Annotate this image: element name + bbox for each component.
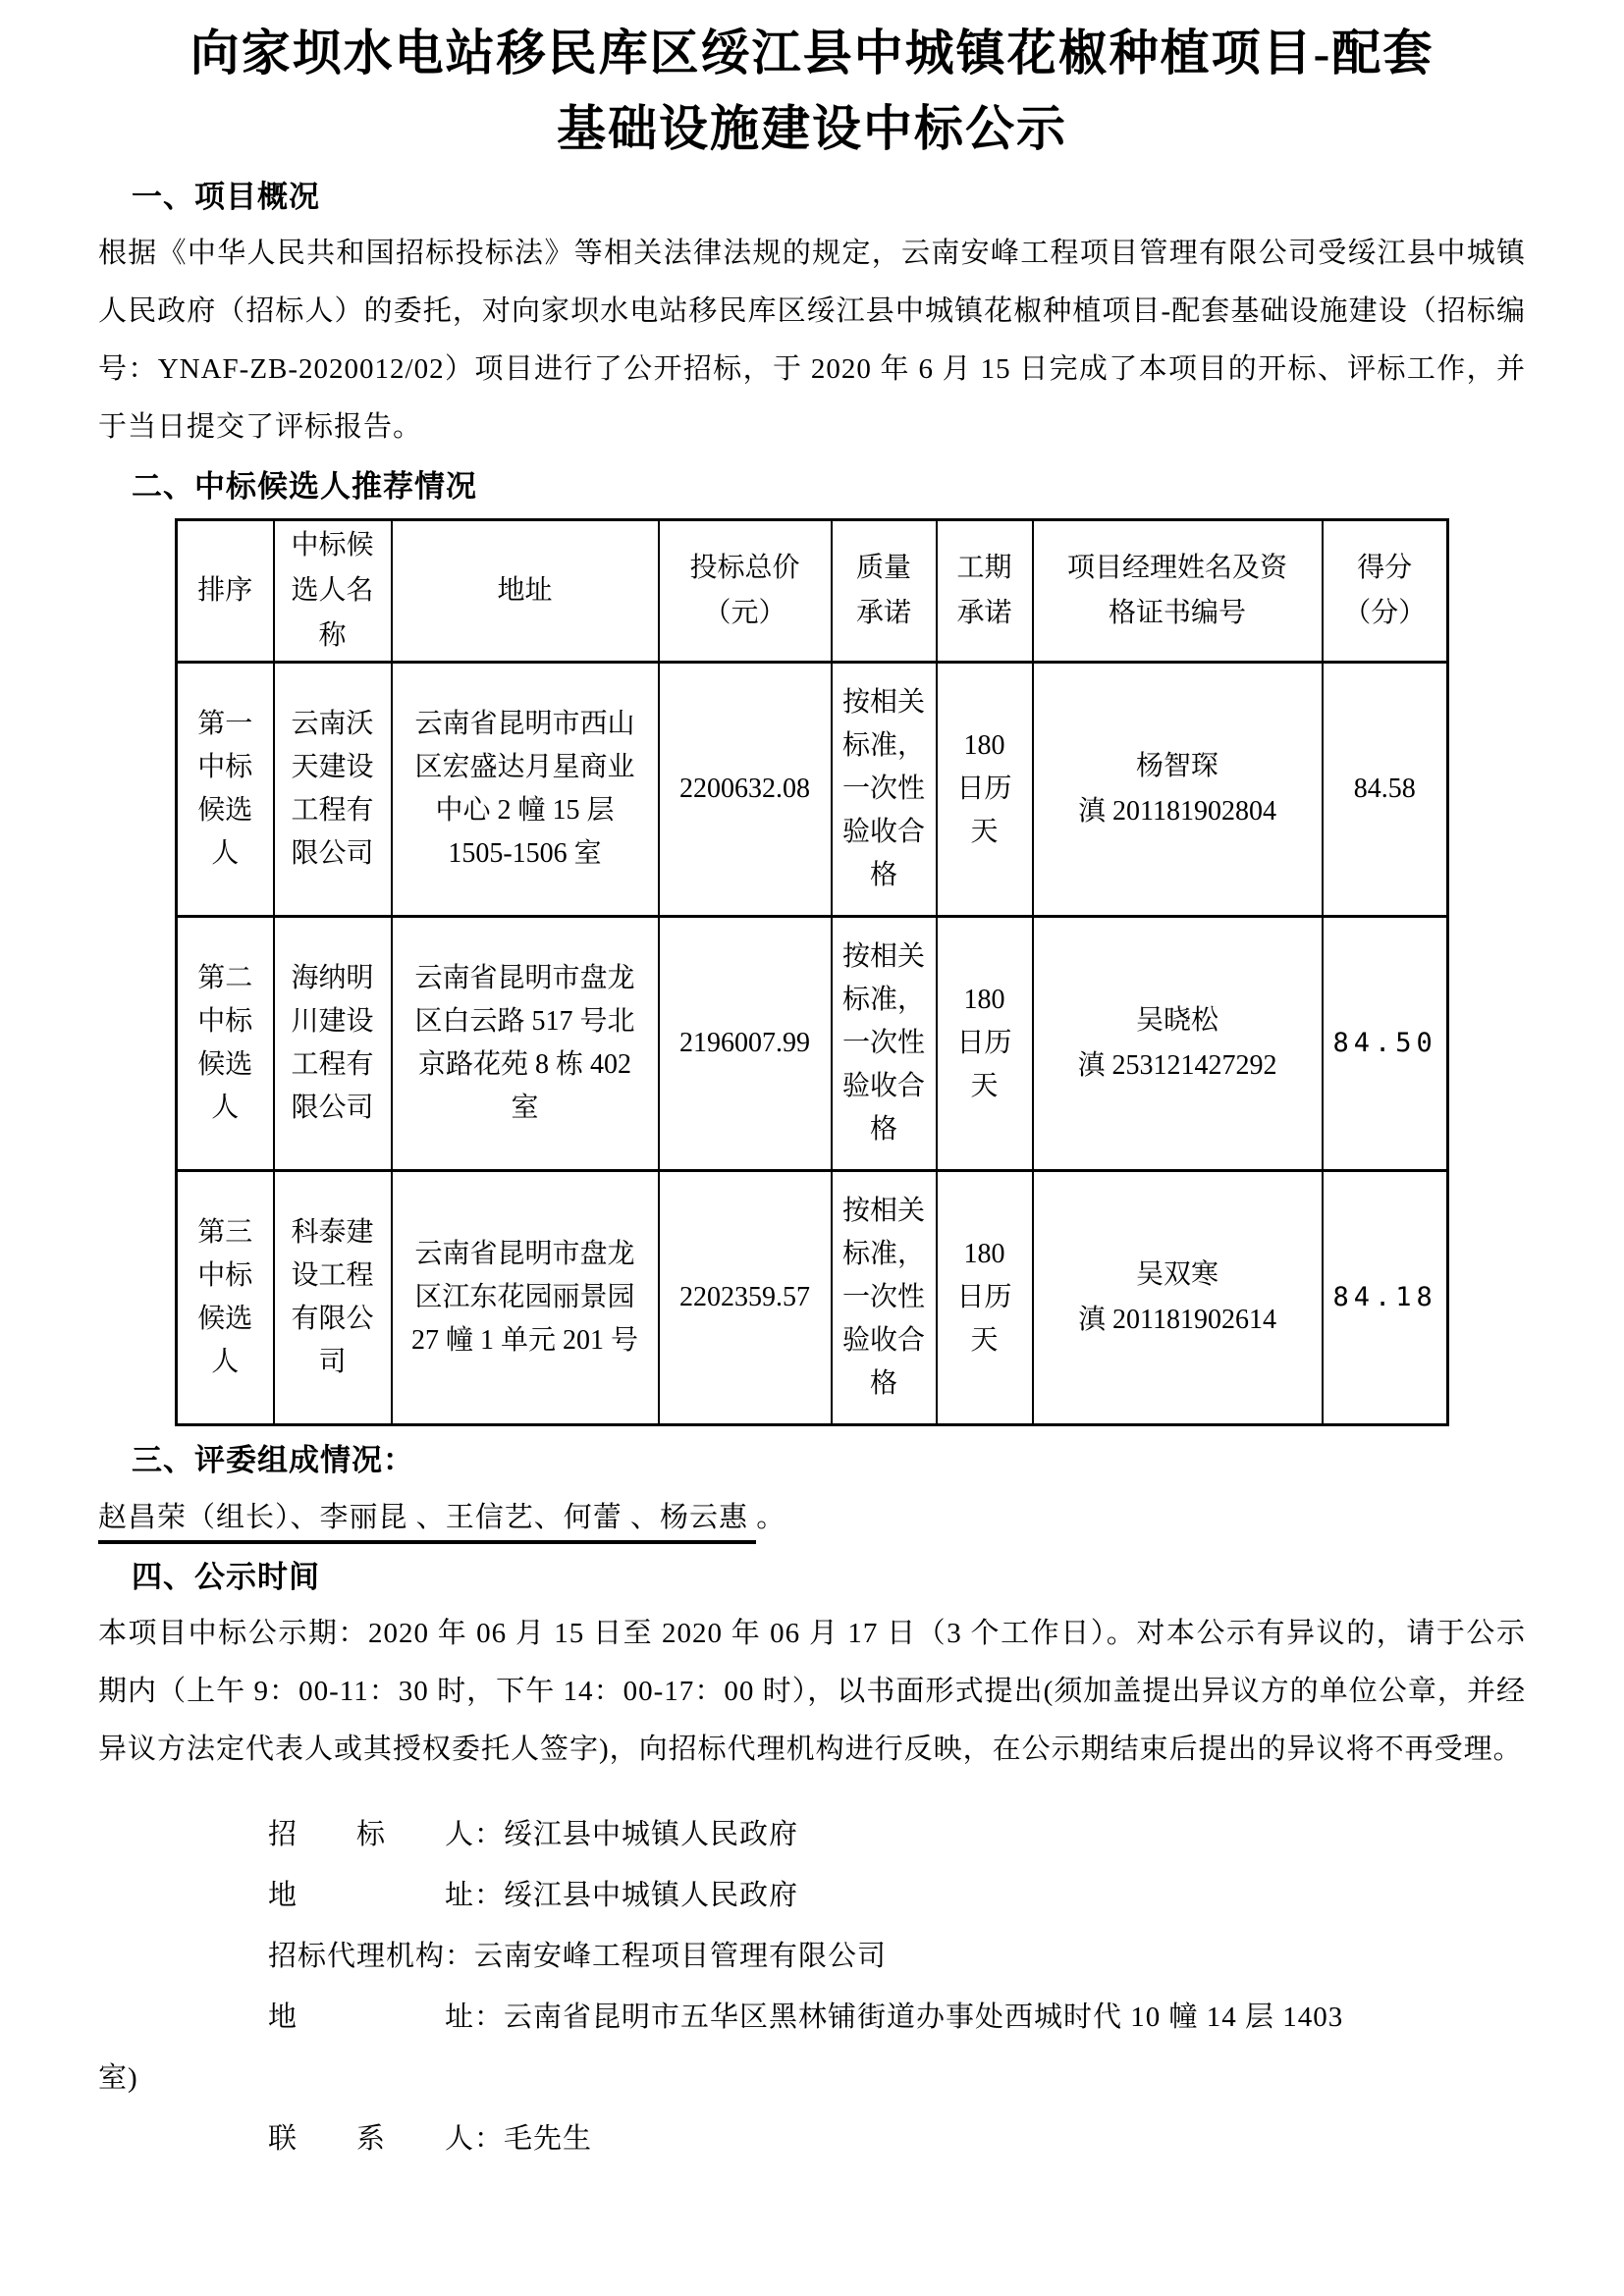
th-bid-price: 投标总价 （元） <box>659 520 832 663</box>
contact-bidder: 招 标 人：绥江县中城镇人民政府 <box>98 1804 1526 1865</box>
bid-candidates-table: 排序 中标候选人名称 地址 投标总价 （元） 质量 承诺 工期 承诺 项目经理姓… <box>175 518 1449 1426</box>
section-4-heading: 四、公示时间 <box>98 1549 1526 1605</box>
contact-agency-address: 地 址：云南省昆明市五华区黑林铺街道办事处西城时代 10 幢 14 层 1403 <box>98 1987 1526 2048</box>
section-1-heading: 一、项目概况 <box>98 169 1526 225</box>
announcement-document: 向家坝水电站移民库区绥江县中城镇花椒种植项目-配套 基础设施建设中标公示 一、项… <box>98 16 1526 2169</box>
contact-bidder-address-label: 地 址： <box>268 1880 504 1911</box>
contact-agency: 招标代理机构：云南安峰工程项目管理有限公司 <box>98 1926 1526 1987</box>
candidate-row-2: 第二中标候选人 海纳明川建设工程有限公司 云南省昆明市盘龙区白云路 517 号北… <box>177 917 1448 1171</box>
cell-price-3: 2202359.57 <box>659 1171 832 1425</box>
th-address: 地址 <box>392 520 659 663</box>
contact-bidder-value: 绥江县中城镇人民政府 <box>504 1819 798 1850</box>
th-rank: 排序 <box>177 520 274 663</box>
cell-duration-3: 180 日历天 <box>937 1171 1033 1425</box>
cell-name-1: 云南沃天建设工程有限公司 <box>274 663 392 917</box>
cell-quality-2: 按相关标准，一次性验收合格 <box>832 917 937 1171</box>
contact-agency-address-continuation: 室) <box>98 2048 1526 2109</box>
cell-name-2: 海纳明川建设工程有限公司 <box>274 917 392 1171</box>
section-4-body: 本项目中标公示期：2020 年 06 月 15 日至 2020 年 06 月 1… <box>98 1605 1526 1779</box>
table-header-row: 排序 中标候选人名称 地址 投标总价 （元） 质量 承诺 工期 承诺 项目经理姓… <box>177 520 1448 663</box>
manager-name-2: 吴晓松 <box>1044 998 1312 1043</box>
cell-quality-3: 按相关标准，一次性验收合格 <box>832 1171 937 1425</box>
committee-members-period: 。 <box>756 1502 785 1533</box>
manager-name-3: 吴双寒 <box>1044 1253 1312 1298</box>
cell-address-1: 云南省昆明市西山区宏盛达月星商业中心 2 幢 15 层 1505-1506 室 <box>392 663 659 917</box>
cell-price-1: 2200632.08 <box>659 663 832 917</box>
cell-score-1: 84.58 <box>1323 663 1448 917</box>
th-duration-commitment: 工期 承诺 <box>937 520 1033 663</box>
contact-agency-address-label: 地 址： <box>268 2002 504 2033</box>
candidate-row-1: 第一中标候选人 云南沃天建设工程有限公司 云南省昆明市西山区宏盛达月星商业中心 … <box>177 663 1448 917</box>
manager-cert-2: 滇 253121427292 <box>1044 1043 1312 1089</box>
candidate-row-3: 第三中标候选人 科泰建设工程有限公司 云南省昆明市盘龙区江东花园丽景园 27 幢… <box>177 1171 1448 1425</box>
contact-agency-address-cont-value: 室) <box>98 2062 138 2094</box>
cell-rank-3: 第三中标候选人 <box>177 1171 274 1425</box>
cell-rank-2: 第二中标候选人 <box>177 917 274 1171</box>
document-title-line-2: 基础设施建设中标公示 <box>98 91 1526 167</box>
cell-name-3: 科泰建设工程有限公司 <box>274 1171 392 1425</box>
contact-agency-value: 云南安峰工程项目管理有限公司 <box>474 1941 887 1972</box>
th-score: 得分 （分） <box>1323 520 1448 663</box>
contact-agency-label: 招标代理机构： <box>268 1941 474 1972</box>
document-title-line-1: 向家坝水电站移民库区绥江县中城镇花椒种植项目-配套 <box>98 16 1526 91</box>
committee-members-line: 赵昌荣（组长）、李丽昆 、王信艺、何蕾 、杨云惠 。 <box>98 1488 1526 1547</box>
th-quality-commitment: 质量 承诺 <box>832 520 937 663</box>
cell-manager-2: 吴晓松 滇 253121427292 <box>1033 917 1323 1171</box>
th-manager-certificate: 项目经理姓名及资 格证书编号 <box>1033 520 1323 663</box>
committee-members-names: 赵昌荣（组长）、李丽昆 、王信艺、何蕾 、杨云惠 <box>98 1502 756 1544</box>
cell-address-3: 云南省昆明市盘龙区江东花园丽景园 27 幢 1 单元 201 号 <box>392 1171 659 1425</box>
cell-duration-2: 180 日历天 <box>937 917 1033 1171</box>
manager-name-1: 杨智琛 <box>1044 744 1312 789</box>
manager-cert-3: 滇 201181902614 <box>1044 1298 1312 1343</box>
contact-person-value: 毛先生 <box>504 2123 592 2155</box>
section-1-body: 根据《中华人民共和国招标投标法》等相关法律法规的规定，云南安峰工程项目管理有限公… <box>98 225 1526 456</box>
document-title: 向家坝水电站移民库区绥江县中城镇花椒种植项目-配套 基础设施建设中标公示 <box>98 16 1526 167</box>
cell-price-2: 2196007.99 <box>659 917 832 1171</box>
cell-address-2: 云南省昆明市盘龙区白云路 517 号北京路花苑 8 栋 402 室 <box>392 917 659 1171</box>
contact-bidder-label: 招 标 人： <box>268 1819 504 1850</box>
cell-score-3: 84.18 <box>1323 1171 1448 1425</box>
contact-bidder-address-value: 绥江县中城镇人民政府 <box>504 1880 798 1911</box>
manager-cert-1: 滇 201181902804 <box>1044 789 1312 834</box>
cell-manager-1: 杨智琛 滇 201181902804 <box>1033 663 1323 917</box>
contact-block: 招 标 人：绥江县中城镇人民政府 地 址：绥江县中城镇人民政府 招标代理机构：云… <box>98 1804 1526 2169</box>
cell-quality-1: 按相关标准，一次性验收合格 <box>832 663 937 917</box>
contact-person: 联 系 人：毛先生 <box>98 2109 1526 2169</box>
cell-score-2: 84.50 <box>1323 917 1448 1171</box>
contact-person-label: 联 系 人： <box>268 2123 504 2155</box>
cell-manager-3: 吴双寒 滇 201181902614 <box>1033 1171 1323 1425</box>
contact-bidder-address: 地 址：绥江县中城镇人民政府 <box>98 1865 1526 1926</box>
cell-rank-1: 第一中标候选人 <box>177 663 274 917</box>
table-header: 排序 中标候选人名称 地址 投标总价 （元） 质量 承诺 工期 承诺 项目经理姓… <box>177 520 1448 663</box>
section-2-heading: 二、中标候选人推荐情况 <box>98 458 1526 514</box>
cell-duration-1: 180 日历天 <box>937 663 1033 917</box>
contact-agency-address-value: 云南省昆明市五华区黑林铺街道办事处西城时代 10 幢 14 层 1403 <box>504 2002 1343 2033</box>
th-candidate-name: 中标候选人名称 <box>274 520 392 663</box>
section-3-heading: 三、评委组成情况： <box>98 1432 1526 1488</box>
